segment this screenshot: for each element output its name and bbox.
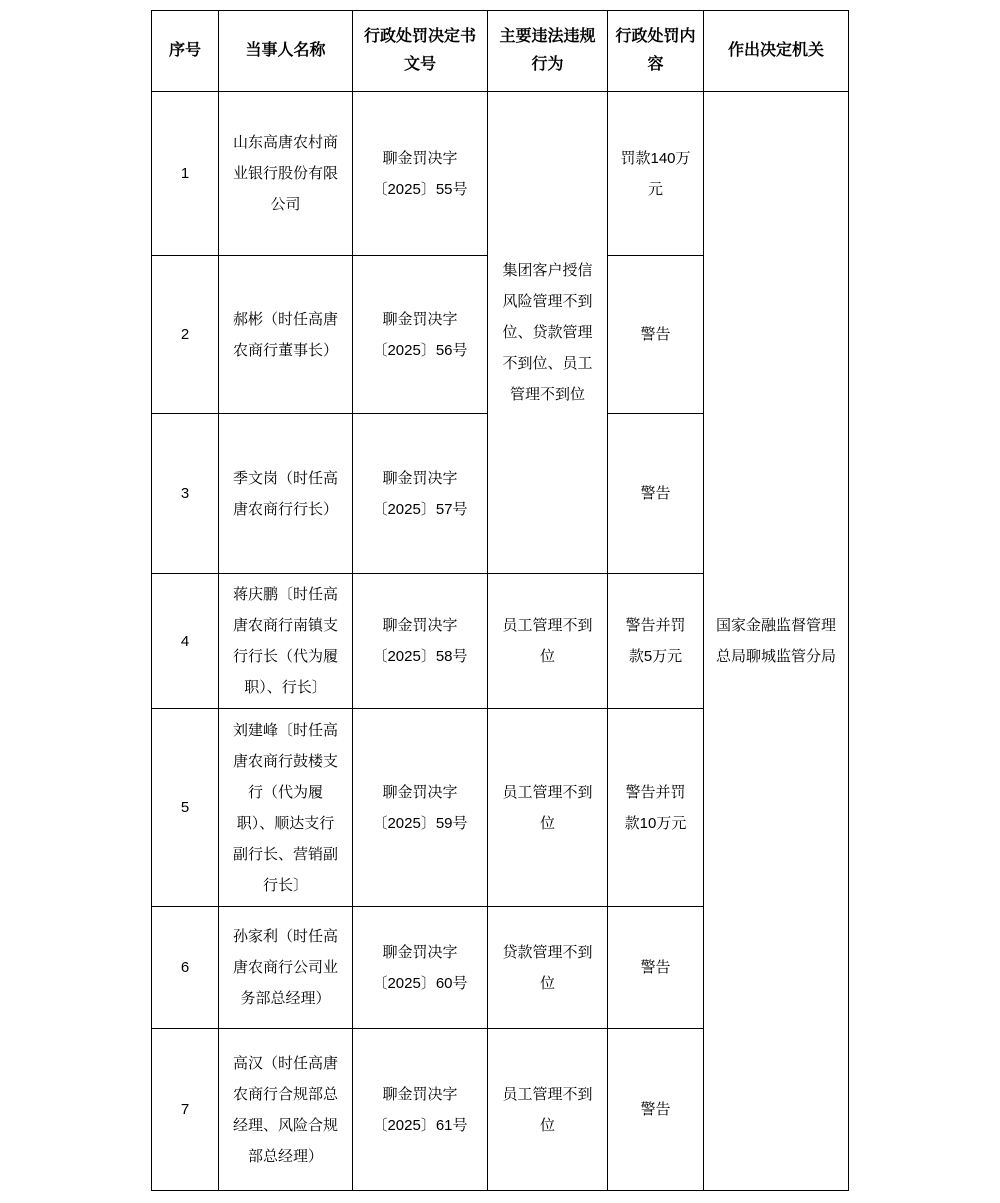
serial-cell: 2 bbox=[152, 256, 219, 414]
violation-merged-cell: 集团客户授信 风险管理不到 位、贷款管理 不到位、员工 管理不到位 bbox=[488, 92, 608, 574]
party-name-cell: 郝彬（时任高唐 农商行董事长） bbox=[219, 256, 353, 414]
header-penalty: 行政处罚内 容 bbox=[608, 11, 704, 92]
serial-cell: 4 bbox=[152, 574, 219, 709]
table-row: 1 山东高唐农村商 业银行股份有限 公司 聊金罚决字 〔2025〕55号 集团客… bbox=[152, 92, 849, 256]
violation-cell: 员工管理不到 位 bbox=[488, 574, 608, 709]
party-name-cell: 蒋庆鹏〔时任高 唐农商行南镇支 行行长（代为履 职）、行长〕 bbox=[219, 574, 353, 709]
penalty-cell: 警告 bbox=[608, 256, 704, 414]
party-name-cell: 孙家利（时任高 唐农商行公司业 务部总经理） bbox=[219, 907, 353, 1029]
doc-number-cell: 聊金罚决字 〔2025〕55号 bbox=[353, 92, 488, 256]
header-serial: 序号 bbox=[152, 11, 219, 92]
doc-number-cell: 聊金罚决字 〔2025〕60号 bbox=[353, 907, 488, 1029]
penalty-cell: 警告并罚 款5万元 bbox=[608, 574, 704, 709]
header-violation: 主要违法违规 行为 bbox=[488, 11, 608, 92]
violation-cell: 贷款管理不到 位 bbox=[488, 907, 608, 1029]
doc-number-cell: 聊金罚决字 〔2025〕59号 bbox=[353, 709, 488, 907]
serial-cell: 1 bbox=[152, 92, 219, 256]
penalty-cell: 警告 bbox=[608, 1029, 704, 1191]
authority-merged-cell: 国家金融监督管理 总局聊城监管分局 bbox=[704, 92, 849, 1191]
doc-number-cell: 聊金罚决字 〔2025〕56号 bbox=[353, 256, 488, 414]
doc-number-cell: 聊金罚决字 〔2025〕57号 bbox=[353, 414, 488, 574]
serial-cell: 3 bbox=[152, 414, 219, 574]
header-authority: 作出决定机关 bbox=[704, 11, 849, 92]
doc-number-cell: 聊金罚决字 〔2025〕58号 bbox=[353, 574, 488, 709]
party-name-cell: 高汉（时任高唐 农商行合规部总 经理、风险合规 部总经理） bbox=[219, 1029, 353, 1191]
serial-cell: 7 bbox=[152, 1029, 219, 1191]
document-page: 序号 当事人名称 行政处罚决定书 文号 主要违法违规 行为 行政处罚内 容 作出… bbox=[0, 0, 1000, 1203]
party-name-cell: 山东高唐农村商 业银行股份有限 公司 bbox=[219, 92, 353, 256]
penalty-cell: 警告并罚 款10万元 bbox=[608, 709, 704, 907]
penalty-cell: 警告 bbox=[608, 907, 704, 1029]
serial-cell: 6 bbox=[152, 907, 219, 1029]
header-party-name: 当事人名称 bbox=[219, 11, 353, 92]
header-row: 序号 当事人名称 行政处罚决定书 文号 主要违法违规 行为 行政处罚内 容 作出… bbox=[152, 11, 849, 92]
penalty-cell: 罚款140万 元 bbox=[608, 92, 704, 256]
penalty-table: 序号 当事人名称 行政处罚决定书 文号 主要违法违规 行为 行政处罚内 容 作出… bbox=[151, 10, 849, 1191]
party-name-cell: 刘建峰〔时任高 唐农商行鼓楼支 行（代为履 职）、顺达支行 副行长、营销副 行长… bbox=[219, 709, 353, 907]
violation-cell: 员工管理不到 位 bbox=[488, 709, 608, 907]
violation-cell: 员工管理不到 位 bbox=[488, 1029, 608, 1191]
doc-number-cell: 聊金罚决字 〔2025〕61号 bbox=[353, 1029, 488, 1191]
serial-cell: 5 bbox=[152, 709, 219, 907]
header-doc-number: 行政处罚决定书 文号 bbox=[353, 11, 488, 92]
penalty-cell: 警告 bbox=[608, 414, 704, 574]
party-name-cell: 季文岗（时任高 唐农商行行长） bbox=[219, 414, 353, 574]
